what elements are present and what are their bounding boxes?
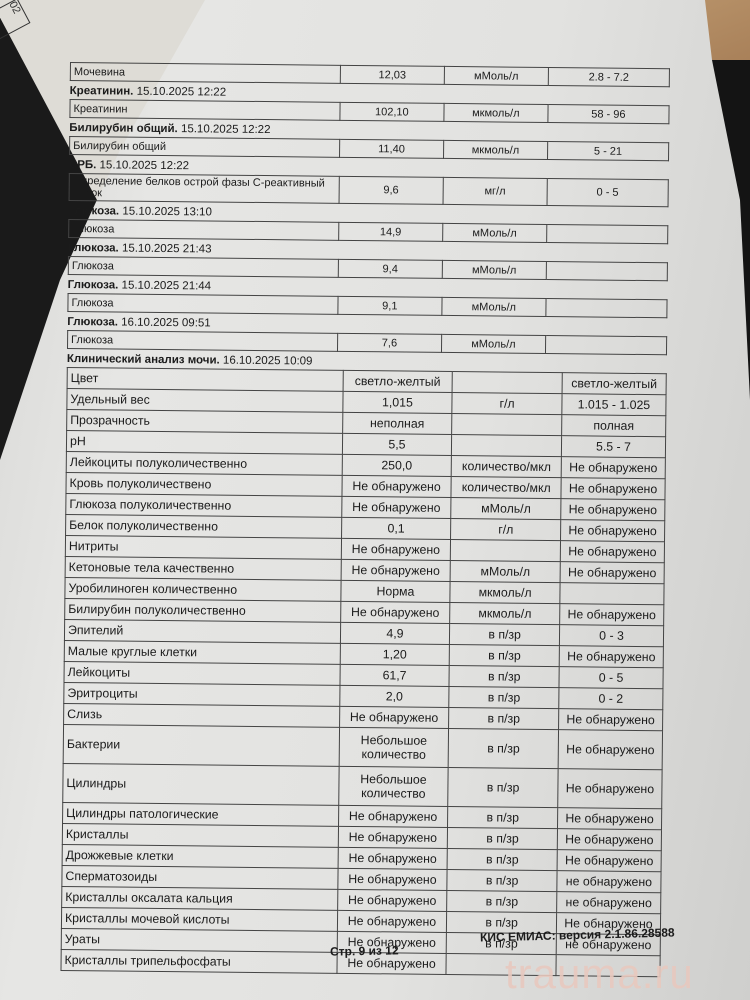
section-title-name: Глюкоза. (67, 316, 118, 329)
test-value: Не обнаружено (338, 826, 448, 848)
reference-range: 1.015 - 1.025 (562, 394, 666, 416)
reference-range: 0 - 5 (547, 179, 668, 207)
reference-range: Не обнаружено (558, 808, 662, 830)
test-name: Цилиндры (63, 763, 339, 805)
section-title-date: 15.10.2025 13:10 (122, 206, 212, 219)
test-value: 9,4 (338, 259, 442, 278)
lab-section: Глюкоза. 15.10.2025 13:10Глюкоза14,9мМол… (68, 205, 668, 244)
reference-range: Не обнаружено (561, 499, 665, 521)
test-name: Белок полуколичественно (66, 514, 342, 538)
section-title-name: СРБ. (69, 159, 97, 171)
table-row: Глюкоза14,9мМоль/л (69, 219, 668, 243)
test-value: 2,0 (339, 685, 449, 707)
test-name: Малые круглые клетки (64, 640, 340, 664)
test-value: 1,015 (342, 391, 452, 413)
test-name: Цилиндры патологические (63, 802, 339, 826)
test-value: 0,1 (341, 517, 451, 539)
reference-range (545, 335, 666, 354)
test-unit: мг/л (443, 177, 547, 205)
test-unit (452, 372, 562, 394)
test-name: Кристаллы оксалата кальция (62, 886, 338, 910)
test-unit: мкмоль/л (450, 582, 560, 604)
section-title-date: 16.10.2025 09:51 (121, 317, 211, 330)
test-value: 9,6 (339, 176, 443, 204)
test-name: Бактерии (63, 724, 339, 766)
test-unit: в п/зр (448, 827, 558, 849)
test-unit (451, 540, 561, 562)
reference-range: не обнаружено (557, 892, 661, 914)
test-unit: г/л (451, 519, 561, 541)
test-unit: количество/мкл (452, 456, 562, 478)
section-title-date: 15.10.2025 21:43 (122, 243, 212, 256)
test-value: Не обнаружено (337, 868, 447, 890)
test-name: Прозрачность (67, 409, 343, 433)
test-name: Ураты (61, 928, 337, 952)
test-value: светло-желтый (343, 370, 453, 392)
test-name: Кровь полуколичествено (66, 472, 342, 496)
reference-range: 5 - 21 (547, 142, 668, 161)
test-value: Небольшое количество (339, 727, 449, 767)
test-unit: в п/зр (448, 806, 558, 828)
urinalysis-title-date: 16.10.2025 10:09 (223, 355, 313, 368)
table-row: ЦилиндрыНебольшое количествов п/зрНе обн… (63, 763, 662, 808)
test-name: Лейкоциты полуколичественно (66, 451, 342, 475)
test-unit: в п/зр (447, 869, 557, 891)
test-unit: в п/зр (447, 848, 557, 870)
reference-range: Не обнаружено (561, 457, 665, 479)
test-unit: мМоль/л (444, 66, 548, 85)
test-value: 4,9 (340, 622, 450, 644)
test-unit: мкмоль/л (450, 603, 560, 625)
reference-range: 5.5 - 7 (561, 436, 665, 458)
reference-range (546, 225, 667, 244)
reference-range (560, 583, 664, 605)
test-name: Глюкоза (69, 219, 339, 240)
lab-test-sections: Мочевина12,03мМоль/л2.8 - 7.2Креатинин. … (67, 62, 670, 355)
test-value: Не обнаружено (339, 706, 449, 728)
test-value: Не обнаружено (337, 910, 447, 932)
test-value: 12,03 (340, 65, 444, 84)
test-value: 61,7 (340, 664, 450, 686)
section-table: Определение белков острой фазы С-реактив… (69, 173, 669, 207)
section-title-date: 15.10.2025 12:22 (137, 86, 227, 99)
test-unit: мМоль/л (442, 297, 546, 316)
test-value: 5,5 (342, 433, 452, 455)
test-value: Не обнаружено (340, 601, 450, 623)
test-name: Глюкоза (68, 256, 338, 277)
test-name: Нитриты (65, 535, 341, 559)
test-name: Билирубин полуколичественно (65, 598, 341, 622)
test-name: Билирубин общий (70, 137, 340, 158)
section-table: Глюкоза9,4мМоль/л (68, 256, 668, 281)
urinalysis-title-name: Клинический анализ мочи. (67, 353, 220, 367)
table-row: Глюкоза7,6мМоль/л (67, 330, 666, 354)
urinalysis-table: Цветсветло-желтыйсветло-желтыйУдельный в… (60, 367, 666, 977)
lab-report-content: Мочевина12,03мМоль/л2.8 - 7.2Креатинин. … (60, 62, 669, 977)
test-unit: в п/зр (448, 729, 558, 769)
test-name: Лейкоциты (64, 661, 340, 685)
test-value: 102,10 (340, 102, 444, 121)
test-unit: в п/зр (449, 687, 559, 709)
test-unit: в п/зр (449, 708, 559, 730)
lab-section: Глюкоза. 15.10.2025 21:43Глюкоза9,4мМоль… (68, 242, 668, 281)
reference-range: полная (562, 415, 666, 437)
reference-range: светло-желтый (562, 373, 666, 395)
test-unit: г/л (452, 393, 562, 415)
reference-range: Не обнаружено (561, 478, 665, 500)
reference-range: не обнаружено (557, 871, 661, 893)
reference-range: Не обнаружено (557, 850, 661, 872)
test-value: 1,20 (340, 643, 450, 665)
test-unit: мМоль/л (443, 223, 547, 242)
test-value: Норма (341, 580, 451, 602)
section-table: Глюкоза7,6мМоль/л (67, 330, 667, 355)
test-value: Не обнаружено (341, 538, 451, 560)
reference-range: Не обнаружено (560, 604, 664, 626)
reference-range: 0 - 2 (559, 688, 663, 710)
lab-section: Креатинин. 15.10.2025 12:22Креатинин102,… (69, 85, 669, 124)
test-unit: в п/зр (450, 645, 560, 667)
test-name: Дрожжевые клетки (62, 844, 338, 868)
test-unit: мМоль/л (451, 498, 561, 520)
test-value: Не обнаружено (337, 889, 447, 911)
lab-section: Билирубин общий. 15.10.2025 12:22Билируб… (69, 122, 669, 161)
test-value: 7,6 (337, 333, 441, 352)
test-name: Эпителий (64, 619, 340, 643)
reference-range: Не обнаружено (559, 709, 663, 731)
watermark: trauma.ru (505, 950, 694, 998)
test-value: Не обнаружено (338, 847, 448, 869)
table-row: Билирубин общий11,40мкмоль/л5 - 21 (70, 137, 669, 161)
test-value: 11,40 (339, 139, 443, 158)
reference-range: Не обнаружено (558, 769, 662, 809)
section-title-name: Билирубин общий. (69, 122, 178, 135)
test-unit: количество/мкл (451, 477, 561, 499)
section-title-name: Глюкоза. (68, 279, 119, 292)
test-name: Кристаллы мочевой кислоты (61, 907, 337, 931)
section-table: Креатинин102,10мкмоль/л58 - 96 (69, 99, 669, 124)
test-unit: в п/зр (447, 890, 557, 912)
test-unit: мМоль/л (450, 561, 560, 583)
reference-range (546, 298, 667, 317)
urinalysis-section: Клинический анализ мочи. 16.10.2025 10:0… (60, 353, 666, 977)
test-value: 14,9 (339, 222, 443, 241)
table-row: Определение белков острой фазы С-реактив… (69, 173, 668, 206)
test-value: 9,1 (338, 296, 442, 315)
test-value: неполная (342, 412, 452, 434)
reference-range: Не обнаружено (557, 829, 661, 851)
test-unit (452, 435, 562, 457)
reference-range: Не обнаружено (561, 520, 665, 542)
test-unit: мМоль/л (442, 260, 546, 279)
test-name: Глюкоза (67, 330, 337, 351)
reference-range: Не обнаружено (559, 646, 663, 668)
section-title-name: Креатинин. (70, 85, 134, 98)
reference-range: 2.8 - 7.2 (548, 68, 669, 87)
reference-range: Не обнаружено (560, 541, 664, 563)
test-name: Кристаллы трипельфосфаты (61, 949, 337, 973)
reference-range: 0 - 3 (559, 625, 663, 647)
test-name: Глюкоза полуколичественно (66, 493, 342, 517)
test-unit: мМоль/л (441, 334, 545, 353)
section-title-date: 15.10.2025 21:44 (122, 280, 212, 293)
reference-range (546, 261, 667, 280)
test-name: Креатинин (70, 100, 340, 121)
test-unit: в п/зр (450, 624, 560, 646)
reference-range: 58 - 96 (548, 105, 669, 124)
section-title-date: 15.10.2025 12:22 (99, 159, 189, 172)
test-value: Небольшое количество (338, 766, 448, 806)
test-name: Слизь (64, 703, 340, 727)
test-unit: в п/зр (448, 768, 558, 808)
test-unit: мкмоль/л (444, 103, 548, 122)
section-table: Глюкоза14,9мМоль/л (68, 219, 668, 244)
test-name: Определение белков острой фазы С-реактив… (69, 173, 339, 203)
test-value: Не обнаружено (341, 496, 451, 518)
test-value: Не обнаружено (341, 559, 451, 581)
test-name: Сперматозоиды (62, 865, 338, 889)
test-name: Кристаллы (62, 823, 338, 847)
table-row: БактерииНебольшое количествов п/зрНе обн… (63, 724, 662, 769)
table-row: Глюкоза9,4мМоль/л (68, 256, 667, 280)
test-name: Цвет (67, 367, 343, 391)
page-number: Стр. 9 из 12 (330, 943, 399, 958)
test-name: Мочевина (70, 63, 340, 84)
section-table: Билирубин общий11,40мкмоль/л5 - 21 (69, 136, 669, 161)
test-name: Уробилиноген количественно (65, 577, 341, 601)
test-value: Не обнаружено (338, 805, 448, 827)
reference-range: 0 - 5 (559, 667, 663, 689)
reference-range: Не обнаружено (558, 730, 662, 770)
test-unit: в п/зр (449, 666, 559, 688)
test-unit (452, 414, 562, 436)
table-row: Глюкоза9,1мМоль/л (68, 293, 667, 317)
test-value: 250,0 (342, 454, 452, 476)
section-title-name: Глюкоза. (68, 242, 119, 255)
reference-range: Не обнаружено (560, 562, 664, 584)
test-value: Не обнаружено (342, 475, 452, 497)
lab-section: Глюкоза. 15.10.2025 21:44Глюкоза9,1мМоль… (67, 279, 667, 318)
test-name: pH (66, 430, 342, 454)
test-name: Кетоновые тела качественно (65, 556, 341, 580)
section-title-name: Глюкоза. (68, 205, 119, 218)
test-unit: мкмоль/л (443, 140, 547, 159)
lab-section: Глюкоза. 16.10.2025 09:51Глюкоза7,6мМоль… (67, 316, 667, 355)
test-name: Глюкоза (68, 293, 338, 314)
test-name: Удельный вес (67, 388, 343, 412)
table-row: Креатинин102,10мкмоль/л58 - 96 (70, 100, 669, 124)
lab-section: СРБ. 15.10.2025 12:22Определение белков … (69, 159, 669, 207)
test-name: Эритроциты (64, 682, 340, 706)
section-table: Глюкоза9,1мМоль/л (67, 293, 667, 318)
section-title-date: 15.10.2025 12:22 (181, 123, 271, 136)
